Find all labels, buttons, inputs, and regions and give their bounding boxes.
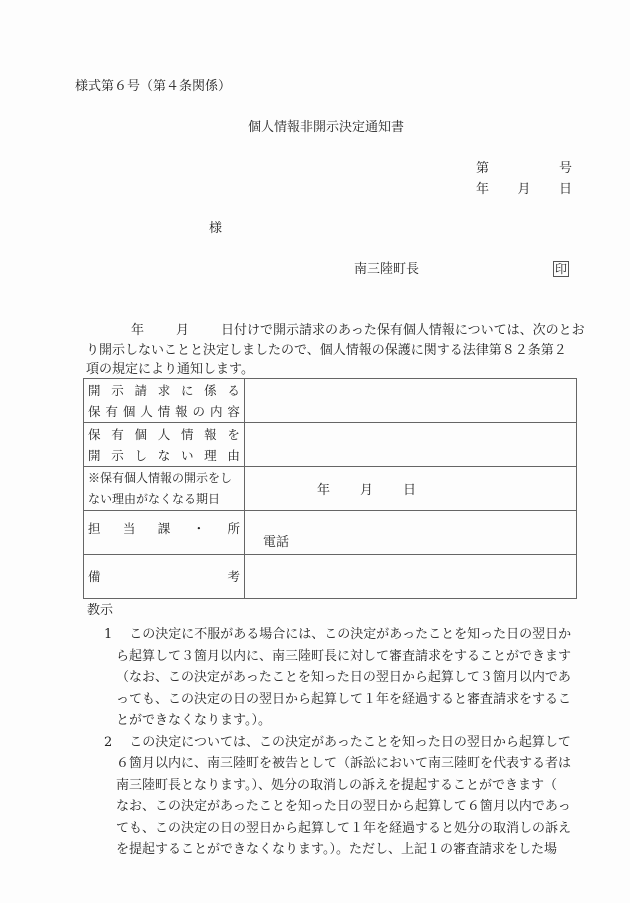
label-requested-info: 開示請求に係る 保有個人情報の内容 — [84, 379, 245, 423]
deadline-month: 月 — [360, 479, 403, 498]
table-row: 開示請求に係る 保有個人情報の内容 — [84, 379, 577, 423]
deadline-day: 日 — [403, 479, 446, 498]
decision-table: 開示請求に係る 保有個人情報の内容 保有個人情報を 開示しない理由 ※保有個人情… — [83, 378, 577, 599]
instructions-heading: 教示 — [87, 604, 113, 617]
table-row: 保有個人情報を 開示しない理由 — [84, 423, 577, 467]
label-department: 担当課・所 — [84, 511, 245, 555]
instructions-list: 1この決定に不服がある場合には、この決定があったことを知った日の翌日か ら起算し… — [86, 624, 586, 861]
reference-number: 第 号 — [476, 162, 572, 175]
instruction-2-line: 2この決定については、この決定があったことを知った日の翌日から起算して — [86, 732, 586, 754]
instruction-2-line: なお、この決定があったことを知った日の翌日から起算して６箇月以内であっ — [86, 796, 586, 818]
deadline-date: 年 月 日 — [245, 479, 576, 498]
label-remarks: 備考 — [84, 555, 245, 599]
deadline-year: 年 — [317, 479, 360, 498]
intro-month: 月 — [176, 323, 189, 338]
intro-line-1: 年月日付けで開示請求のあった保有個人情報については、次のとお — [86, 321, 586, 341]
instruction-1-line: とができなくなります。）。 — [86, 710, 586, 732]
instruction-1-line: 1この決定に不服がある場合には、この決定があったことを知った日の翌日か — [86, 624, 586, 646]
intro-paragraph: 年月日付けで開示請求のあった保有個人情報については、次のとお り開示しないことと… — [86, 321, 586, 380]
value-remarks[interactable] — [245, 555, 577, 599]
instruction-2-line: ６箇月以内に、南三陸町を被告として（訴訟において南三陸町を代表する者は — [86, 753, 586, 775]
intro-year: 年 — [131, 323, 144, 338]
document-title: 個人情報非開示決定通知書 — [248, 121, 404, 134]
label-reason: 保有個人情報を 開示しない理由 — [84, 423, 245, 467]
telephone-label: 電話 — [245, 515, 576, 550]
instruction-1-line: っても、この決定の日の翌日から起算して１年を経過すると審査請求をするこ — [86, 689, 586, 711]
label-line: ※保有個人情報の開示をし — [88, 468, 240, 489]
label-line: 開示請求に係る — [88, 380, 240, 401]
label-line: 開示しない理由 — [88, 445, 240, 466]
instruction-2-line: ても、この決定の日の翌日から起算して１年を経過すると処分の取消しの訴え — [86, 818, 586, 840]
number-suffix: 号 — [559, 162, 572, 175]
addressee: 様 — [209, 222, 222, 235]
table-row: 備考 — [84, 555, 577, 599]
month-label: 月 — [517, 183, 530, 196]
table-row: 担当課・所 電話 — [84, 511, 577, 555]
label-line: 担当課・所 — [88, 518, 240, 547]
issue-date: 年 月 日 — [476, 183, 572, 196]
instruction-number: 1 — [104, 627, 112, 642]
label-line: 保有個人情報を — [88, 424, 240, 445]
value-deadline[interactable]: 年 月 日 — [245, 467, 577, 511]
label-deadline: ※保有個人情報の開示をし ない理由がなくなる期日 — [84, 467, 245, 511]
table-row: ※保有個人情報の開示をし ない理由がなくなる期日 年 月 日 — [84, 467, 577, 511]
intro-line-2: り開示しないことと決定しましたので、個人情報の保護に関する法律第８２条第２ — [86, 341, 586, 361]
instruction-2-line: を提起することができなくなります。）。ただし、上記１の審査請求をした場 — [86, 839, 586, 861]
form-number: 様式第６号（第４条関係） — [75, 80, 231, 93]
value-department[interactable]: 電話 — [245, 511, 577, 555]
instruction-2-line: 南三陸町長となります。）、処分の取消しの訴えを提起することができます（ — [86, 775, 586, 797]
intro-line-3: 項の規定により通知します。 — [86, 360, 586, 380]
seal-mark: 印 — [553, 261, 569, 277]
year-label: 年 — [476, 183, 489, 196]
intro-text: 日付けで開示請求のあった保有個人情報については、次のとお — [221, 323, 585, 338]
number-prefix: 第 — [476, 162, 489, 175]
label-line: ない理由がなくなる期日 — [88, 489, 240, 510]
label-line: 保有個人情報の内容 — [88, 401, 240, 422]
value-requested-info[interactable] — [245, 379, 577, 423]
instruction-1-line: （なお、この決定があったことを知った日の翌日から起算して３箇月以内であ — [86, 667, 586, 689]
day-label: 日 — [559, 183, 572, 196]
instruction-number: 2 — [104, 735, 112, 750]
label-line: 備考 — [88, 566, 240, 587]
instruction-1-line: ら起算して３箇月以内に、南三陸町長に対して審査請求をすることができます — [86, 646, 586, 668]
issuer: 南三陸町長 — [354, 263, 419, 276]
value-reason[interactable] — [245, 423, 577, 467]
